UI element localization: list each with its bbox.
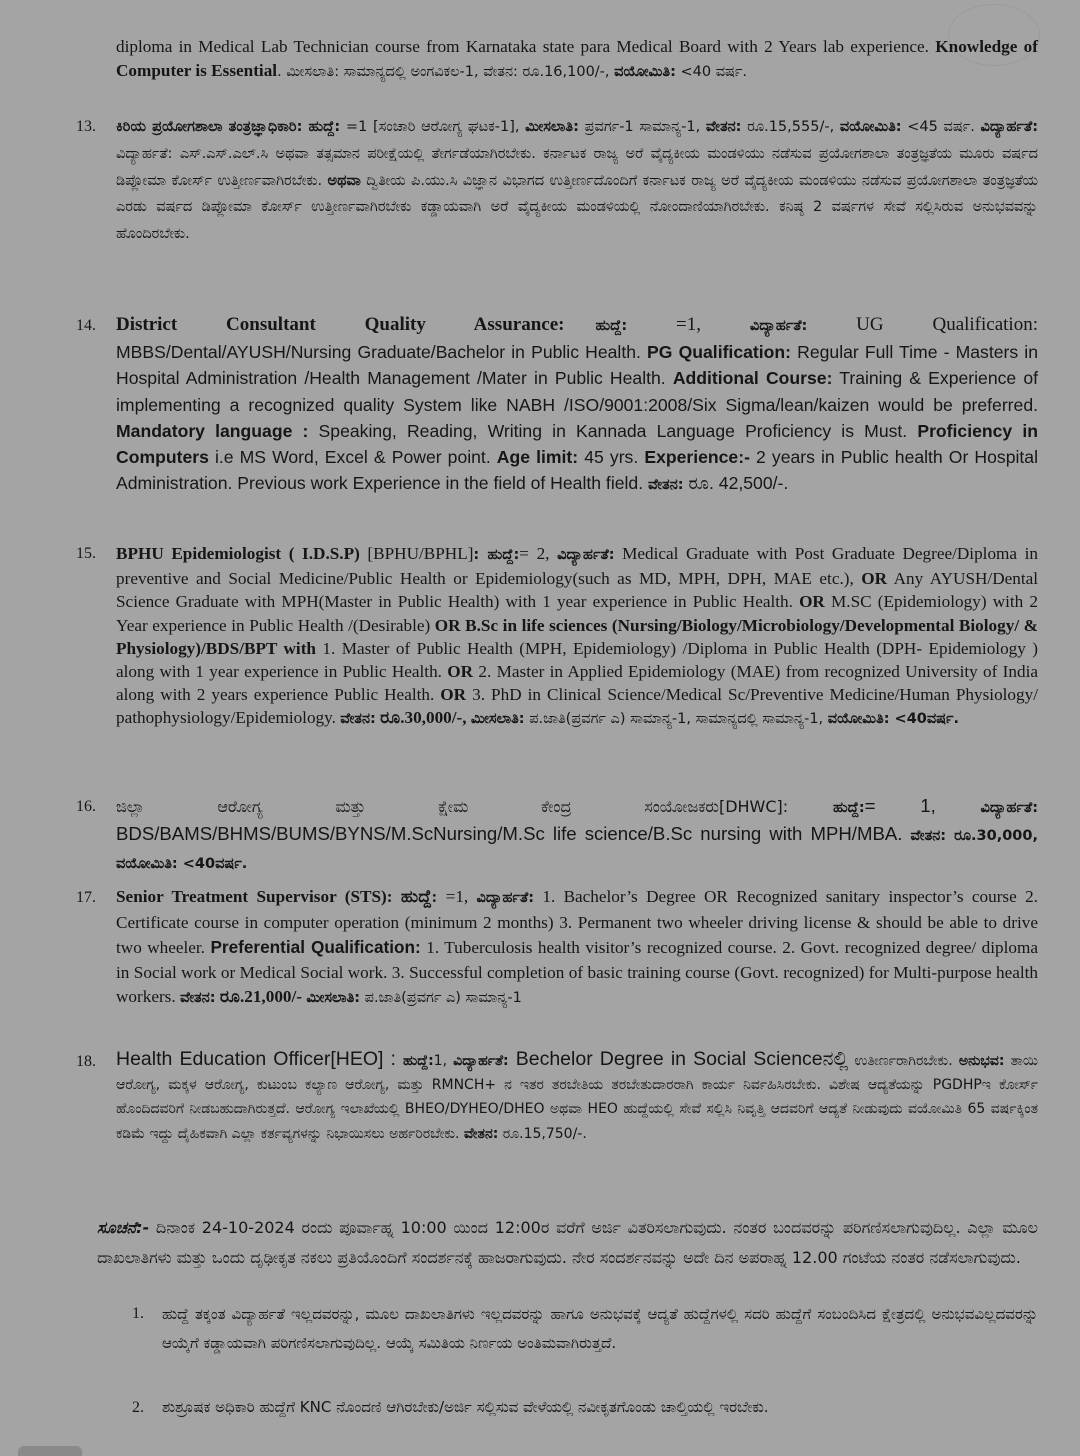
salary-value: ರೂ.21,000/-: [216, 987, 307, 1006]
preferential-qualification-label: Preferential Qualification:: [210, 937, 420, 957]
salary-value: ರೂ.30,000/-,: [376, 708, 471, 727]
item-number: 17.: [76, 889, 96, 907]
pg-label: PG Qualification:: [647, 342, 791, 362]
experience-label: Experience:-: [644, 447, 750, 467]
scrollbar-thumb[interactable]: [18, 1446, 82, 1456]
age-label: ವಯೋಮಿತಿ:: [828, 711, 890, 727]
age-value: 45 yrs.: [578, 447, 644, 467]
or-label: OR: [435, 616, 461, 635]
or-label: OR: [861, 569, 887, 588]
reservation-label: ಮೀಸಲಾತಿ:: [471, 711, 525, 727]
salary-label: ವೇತನ:: [340, 711, 376, 727]
salary-label: ವೇತನ:: [911, 828, 947, 844]
experience-label: ಅನುಭವ:: [959, 1053, 1005, 1069]
item-number: 14.: [76, 317, 96, 335]
additional-course-label: Additional Course:: [673, 368, 833, 388]
age-value: <40 ವರ್ಷ.: [676, 64, 747, 80]
note-text: ದಿನಾಂಕ 24-10-2024 ರಂದು ಪೂರ್ವಾಹ್ನ 10:00 ಯ…: [97, 1218, 1038, 1267]
item-body: Health Education Officer[HEO] : ಹುದ್ದೆ:1…: [116, 1047, 1038, 1146]
item-12-continuation: diploma in Medical Lab Technician course…: [116, 35, 1038, 84]
item-body: Senior Treatment Supervisor (STS): ಹುದ್ದ…: [116, 885, 1038, 1011]
age-value: <40ವರ್ಷ.: [890, 711, 960, 727]
scanned-document-page: diploma in Medical Lab Technician course…: [0, 0, 1080, 1456]
language-value: Speaking, Reading, Writing in Kannada La…: [308, 421, 917, 441]
qualification-label: ವಿದ್ಯಾರ್ಹತೆ:: [981, 800, 1038, 816]
age-label: ವಯೋಮಿತಿ:: [840, 119, 902, 135]
reservation-value: ಪ್ರವರ್ಗ-1 ಸಾಮಾನ್ಯ-1,: [579, 119, 706, 135]
item-title: BPHU Epidemiologist ( I.D.S.P): [116, 544, 360, 563]
reservation-value: ಪ.ಜಾತಿ(ಪ್ರವರ್ಗ ಎ) ಸಾಮಾನ್ಯ-1, ಸಾಮಾನ್ಯದಲ್ಲ…: [525, 711, 828, 727]
item-title: District Consultant Quality Assurance:: [116, 314, 564, 335]
salary-label: ವೇತನ:: [180, 990, 216, 1006]
qualification-label: ವಿದ್ಯಾರ್ಹತೆ:: [981, 119, 1038, 135]
salary-value: ರೂ.15,555/-,: [742, 119, 840, 135]
continuation-text: diploma in Medical Lab Technician course…: [116, 37, 929, 56]
point-number: 1.: [132, 1305, 144, 1323]
post-count: = 1,: [865, 795, 981, 816]
item-number: 15.: [76, 545, 96, 563]
item-body: BPHU Epidemiologist ( I.D.S.P) [BPHU/BPH…: [116, 542, 1038, 732]
item-number: 16.: [76, 798, 96, 816]
or-label: ಅಥವಾ: [328, 173, 361, 189]
reservation-value: ಪ.ಜಾತಿ(ಪ್ರವರ್ಗ ಎ) ಸಾಮಾನ್ಯ-1: [360, 990, 522, 1006]
point-text: ಹುದ್ದೆ ತಕ್ಕಂತ ವಿದ್ಯಾರ್ಹತೆ ಇಲ್ಲದವರನ್ನು, ಮ…: [162, 1300, 1038, 1358]
salary-label: ವೇತನ:: [706, 119, 742, 135]
post-count: =1,: [627, 314, 750, 335]
post-label: ಹುದ್ದೆ:: [833, 800, 865, 816]
or-label: OR: [447, 662, 473, 681]
item-number: 18.: [76, 1053, 96, 1071]
unit: [BPHU/BPHL]: [360, 544, 474, 563]
salary-value: ರೂ.15,750/-.: [498, 1126, 586, 1142]
salary-value: ರೂ.30,000,: [946, 828, 1038, 844]
age-value: <45 ವರ್ಷ.: [902, 119, 981, 135]
post-count: = 2,: [519, 544, 557, 563]
language-label: Mandatory language :: [116, 421, 308, 441]
qualification-rest: ಉತೀರ್ಣರಾಗಿರಬೇಕು.: [848, 1053, 959, 1069]
age-label: Age limit:: [497, 447, 578, 467]
qualification-label: ವಿದ್ಯಾರ್ಹತೆ:: [557, 547, 614, 563]
qualification-label: ವಿದ್ಯಾರ್ಹತೆ:: [453, 1053, 508, 1069]
salary-label: ವೇತನ:: [648, 477, 684, 493]
item-body: ಕಿರಿಯ ಪ್ರಯೋಗಶಾಲಾ ತಂತ್ರಜ್ಞಾಧಿಕಾರಿ: ಹುದ್ದೆ…: [116, 114, 1038, 248]
post-label: : ಹುದ್ದೆ:: [473, 547, 519, 563]
post-count: 1,: [434, 1053, 453, 1069]
continuation-details: . ಮೀಸಲಾತಿ: ಸಾಮಾನ್ಯದಲ್ಲಿ ಅಂಗವಿಕಲ-1, ವೇತನ:…: [277, 64, 614, 80]
post-count: =1,: [437, 887, 476, 906]
post-label: ಹುದ್ದೆ:: [403, 1053, 434, 1069]
age-value: <40ವರ್ಷ.: [178, 856, 248, 872]
post-count: =1 [ಸಂಚಾರಿ ಆರೋಗ್ಯ ಘಟಕ-1],: [340, 119, 525, 135]
computers-value: i.e MS Word, Excel & Power point.: [209, 447, 497, 467]
salary-value: ರೂ. 42,500/-.: [684, 473, 789, 493]
point-text: ಶುಶ್ರೂಷಕ ಅಧಿಕಾರಿ ಹುದ್ದೆಗೆ KNC ನೊಂದಣಿ ಆಗಿ…: [162, 1393, 1038, 1422]
age-label: ವಯೋಮಿತಿ:: [614, 64, 676, 80]
item-title: Health Education Officer[HEO] :: [116, 1048, 403, 1070]
item-number: 13.: [76, 118, 96, 136]
qualification-text: Bechelor Degree in Social Scienceನಲ್ಲಿ: [509, 1048, 849, 1070]
or-label: OR: [440, 685, 466, 704]
note-label: ಸೂಚನೆ:-: [97, 1218, 149, 1237]
item-title: ಜಿಲ್ಲಾ ಆರೋಗ್ಯ ಮತ್ತು ಕ್ಷೇಮ ಕೇಂದ್ರ ಸಂಯೋಜಕರ…: [116, 797, 788, 816]
qualification-label: ವಿದ್ಯಾರ್ಹತೆ:: [477, 890, 534, 906]
or-label: OR: [799, 592, 825, 611]
ug-label: UG Qualification:: [807, 314, 1038, 335]
ug-value: MBBS/Dental/AYUSH/Nursing Graduate/Bache…: [116, 342, 647, 362]
post-label: ಹುದ್ದೆ:: [595, 318, 627, 334]
item-body: District Consultant Quality Assurance: ಹ…: [116, 311, 1038, 498]
note-section: ಸೂಚನೆ:- ದಿನಾಂಕ 24-10-2024 ರಂದು ಪೂರ್ವಾಹ್ನ…: [97, 1213, 1038, 1272]
reservation-label: ಮೀಸಲಾತಿ:: [306, 990, 360, 1006]
qualification-text: BDS/BAMS/BHMS/BUMS/BYNS/M.ScNursing/M.Sc…: [116, 823, 911, 844]
qualification-label: ವಿದ್ಯಾರ್ಹತೆ:: [750, 318, 807, 334]
item-body: ಜಿಲ್ಲಾ ಆರೋಗ್ಯ ಮತ್ತು ಕ್ಷೇಮ ಕೇಂದ್ರ ಸಂಯೋಜಕರ…: [116, 793, 1038, 877]
item-title: Senior Treatment Supervisor (STS): ಹುದ್ದ…: [116, 887, 437, 906]
salary-label: ವೇತನ:: [464, 1126, 498, 1142]
point-number: 2.: [132, 1399, 144, 1417]
item-title: ಕಿರಿಯ ಪ್ರಯೋಗಶಾಲಾ ತಂತ್ರಜ್ಞಾಧಿಕಾರಿ: ಹುದ್ದೆ…: [116, 119, 340, 135]
reservation-label: ಮೀಸಲಾತಿ:: [525, 119, 579, 135]
age-label: ವಯೋಮಿತಿ:: [116, 856, 178, 872]
